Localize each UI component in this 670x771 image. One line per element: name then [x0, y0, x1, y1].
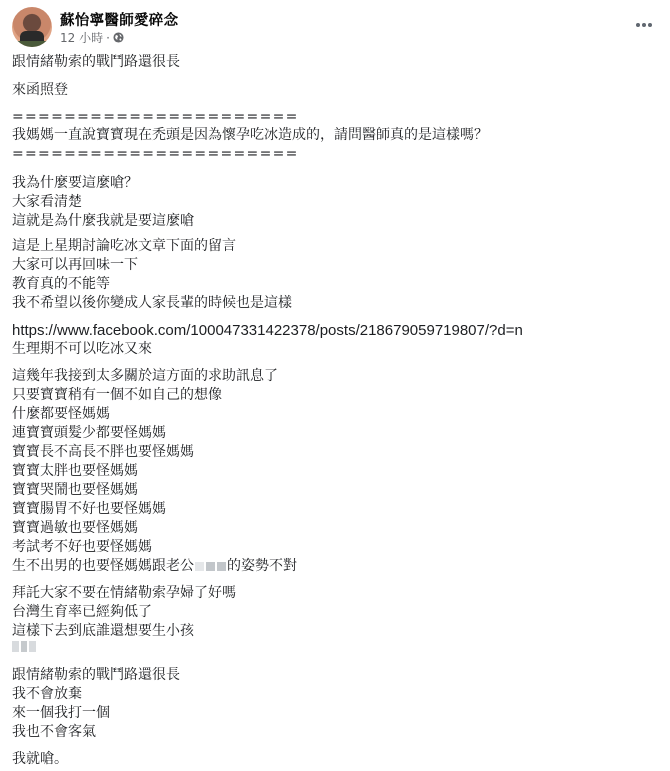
post-line: 生理期不可以吃冰又來	[12, 340, 152, 359]
post-header: 蘇怡寧醫師愛碎念 12 小時 ·	[0, 0, 670, 52]
post-line: 這就是為什麼我就是要這麼嗆	[12, 212, 194, 231]
more-options-button[interactable]	[632, 17, 656, 33]
post-line: 我不希望以後你變成人家長輩的時候也是這樣	[12, 294, 292, 313]
dot-icon	[636, 23, 640, 27]
separator-line: ======================	[12, 108, 299, 127]
post-line: 大家看清楚	[12, 193, 82, 212]
post-line: 什麼都要怪媽媽	[12, 405, 110, 424]
post-line: 我也不會客氣	[12, 723, 96, 742]
post-line: 我不會放棄	[12, 685, 82, 704]
post-line: 跟情緒勒索的戰鬥路還很長	[12, 666, 180, 685]
post-line: 這幾年我接到太多關於這方面的求助訊息了	[12, 367, 278, 386]
post-line: 寶寶腸胃不好也要怪媽媽	[12, 500, 166, 519]
post-line: 來函照登	[12, 81, 68, 100]
post-line: 寶寶太胖也要怪媽媽	[12, 462, 138, 481]
post-line: 寶寶過敏也要怪媽媽	[12, 519, 138, 538]
post-meta: 12 小時 ·	[60, 29, 124, 46]
pixelated-emoji	[206, 562, 215, 571]
author-name[interactable]: 蘇怡寧醫師愛碎念	[60, 9, 178, 30]
post-line: 寶寶長不高長不胖也要怪媽媽	[12, 443, 194, 462]
globe-icon[interactable]	[113, 32, 124, 43]
pixelated-emoji	[217, 562, 226, 571]
post-line: 寶寶哭鬧也要怪媽媽	[12, 481, 138, 500]
post-line: 我媽媽一直說寶寶現在禿頭是因為懷孕吃冰造成的，請問醫師真的是這樣嗎？	[12, 126, 488, 145]
post-line: 考試考不好也要怪媽媽	[12, 538, 152, 557]
post-timestamp[interactable]: 12 小時	[60, 29, 103, 46]
post-line: 我就嗆。	[12, 750, 68, 769]
censored-line-end: 的姿勢不對	[227, 558, 297, 574]
post-line: 教育真的不能等	[12, 275, 110, 294]
post-line: 這是上星期討論吃冰文章下面的留言	[12, 237, 236, 256]
post-line: 連寶寶頭髮少都要怪媽媽	[12, 424, 166, 443]
post-line: 拜託大家不要在情緒勒索孕婦了好嗎	[12, 584, 236, 603]
facebook-post-link[interactable]: https://www.facebook.com/100047331422378…	[12, 321, 523, 340]
meta-separator: ·	[106, 31, 110, 45]
avatar[interactable]	[12, 7, 52, 47]
censored-line-start: 生不出男的也要怪媽媽跟老公	[12, 558, 194, 574]
post-line: 跟情緒勒索的戰鬥路還很長	[12, 53, 180, 72]
dot-icon	[642, 23, 646, 27]
post-line: 我為什麼要這麼嗆？	[12, 174, 138, 193]
avatar-table	[12, 41, 52, 47]
post-line: 大家可以再回味一下	[12, 256, 138, 275]
post-line: 台灣生育率已經夠低了	[12, 603, 152, 622]
censored-line: 生不出男的也要怪媽媽跟老公的姿勢不對	[12, 557, 297, 576]
pixelated-emoji	[195, 562, 204, 571]
post-line: 來一個我打一個	[12, 704, 110, 723]
dot-icon	[648, 23, 652, 27]
separator-line: ======================	[12, 145, 299, 164]
post-line: 這樣下去到底誰還想要生小孩	[12, 622, 194, 641]
post-line: 只要寶寶稍有一個不如自己的想像	[12, 386, 222, 405]
pixelated-emoji	[12, 641, 36, 653]
